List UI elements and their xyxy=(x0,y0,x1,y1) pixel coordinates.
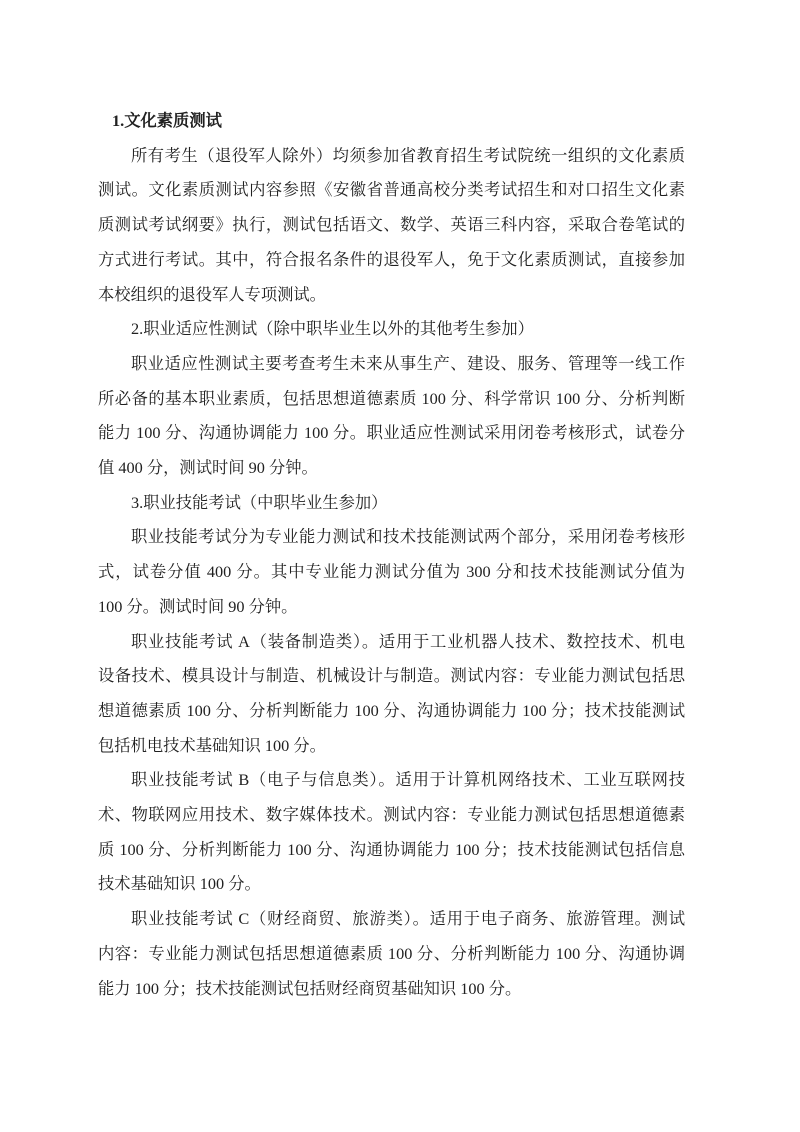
document-line: 本校组织的退役军人专项测试。 xyxy=(98,278,685,313)
section-heading: 1.文化素质测试 xyxy=(98,104,685,139)
document-line: 测试。文化素质测试内容参照《安徽省普通高校分类考试招生和对口招生文化素 xyxy=(98,173,685,208)
document-line: 所有考生（退役军人除外）均须参加省教育招生考试院统一组织的文化素质 xyxy=(98,139,685,174)
document-line: 内容：专业能力测试包括思想道德素质 100 分、分析判断能力 100 分、沟通协… xyxy=(98,937,685,972)
block-heading: 1.文化素质测试 xyxy=(98,104,685,139)
document-line: 能力 100 分；技术技能测试包括财经商贸基础知识 100 分。 xyxy=(98,972,685,1007)
document-line: 职业技能考试 A（装备制造类）。适用于工业机器人技术、数控技术、机电 xyxy=(98,625,685,660)
block-paragraph: 职业技能考试分为专业能力测试和技术技能测试两个部分，采用闭卷考核形式，试卷分值 … xyxy=(98,520,685,624)
block-subheading: 3.职业技能考试（中职毕业生参加） xyxy=(98,486,685,521)
document-line: 100 分。测试时间 90 分钟。 xyxy=(98,590,685,625)
document-line: 想道德素质 100 分、分析判断能力 100 分、沟通协调能力 100 分；技术… xyxy=(98,694,685,729)
section-subheading: 2.职业适应性测试（除中职毕业生以外的其他考生参加） xyxy=(98,312,685,347)
section-subheading: 3.职业技能考试（中职毕业生参加） xyxy=(98,486,685,521)
block-paragraph: 所有考生（退役军人除外）均须参加省教育招生考试院统一组织的文化素质测试。文化素质… xyxy=(98,139,685,313)
document-line: 术、物联网应用技术、数字媒体技术。测试内容：专业能力测试包括思想道德素 xyxy=(98,798,685,833)
document-line: 所必备的基本职业素质，包括思想道德素质 100 分、科学常识 100 分、分析判… xyxy=(98,382,685,417)
document-line: 质 100 分、分析判断能力 100 分、沟通协调能力 100 分；技术技能测试… xyxy=(98,833,685,868)
block-paragraph: 职业技能考试 C（财经商贸、旅游类）。适用于电子商务、旅游管理。测试内容：专业能… xyxy=(98,902,685,1006)
document-line: 职业适应性测试主要考查考生未来从事生产、建设、服务、管理等一线工作 xyxy=(98,347,685,382)
document-line: 职业技能考试分为专业能力测试和技术技能测试两个部分，采用闭卷考核形 xyxy=(98,520,685,555)
document-page: 1.文化素质测试所有考生（退役军人除外）均须参加省教育招生考试院统一组织的文化素… xyxy=(0,0,800,1132)
document-body: 1.文化素质测试所有考生（退役军人除外）均须参加省教育招生考试院统一组织的文化素… xyxy=(98,104,685,1006)
document-line: 能力 100 分、沟通协调能力 100 分。职业适应性测试采用闭卷考核形式，试卷… xyxy=(98,416,685,451)
block-paragraph: 职业技能考试 A（装备制造类）。适用于工业机器人技术、数控技术、机电设备技术、模… xyxy=(98,625,685,764)
document-line: 值 400 分，测试时间 90 分钟。 xyxy=(98,451,685,486)
block-subheading: 2.职业适应性测试（除中职毕业生以外的其他考生参加） xyxy=(98,312,685,347)
document-line: 设备技术、模具设计与制造、机械设计与制造。测试内容：专业能力测试包括思 xyxy=(98,659,685,694)
document-line: 技术基础知识 100 分。 xyxy=(98,867,685,902)
document-line: 式，试卷分值 400 分。其中专业能力测试分值为 300 分和技术技能测试分值为 xyxy=(98,555,685,590)
block-paragraph: 职业适应性测试主要考查考生未来从事生产、建设、服务、管理等一线工作所必备的基本职… xyxy=(98,347,685,486)
document-line: 质测试考试纲要》执行，测试包括语文、数学、英语三科内容，采取合卷笔试的 xyxy=(98,208,685,243)
document-line: 方式进行考试。其中，符合报名条件的退役军人，免于文化素质测试，直接参加 xyxy=(98,243,685,278)
block-paragraph: 职业技能考试 B（电子与信息类）。适用于计算机网络技术、工业互联网技术、物联网应… xyxy=(98,763,685,902)
document-line: 职业技能考试 C（财经商贸、旅游类）。适用于电子商务、旅游管理。测试 xyxy=(98,902,685,937)
document-line: 职业技能考试 B（电子与信息类）。适用于计算机网络技术、工业互联网技 xyxy=(98,763,685,798)
document-line: 包括机电技术基础知识 100 分。 xyxy=(98,729,685,764)
